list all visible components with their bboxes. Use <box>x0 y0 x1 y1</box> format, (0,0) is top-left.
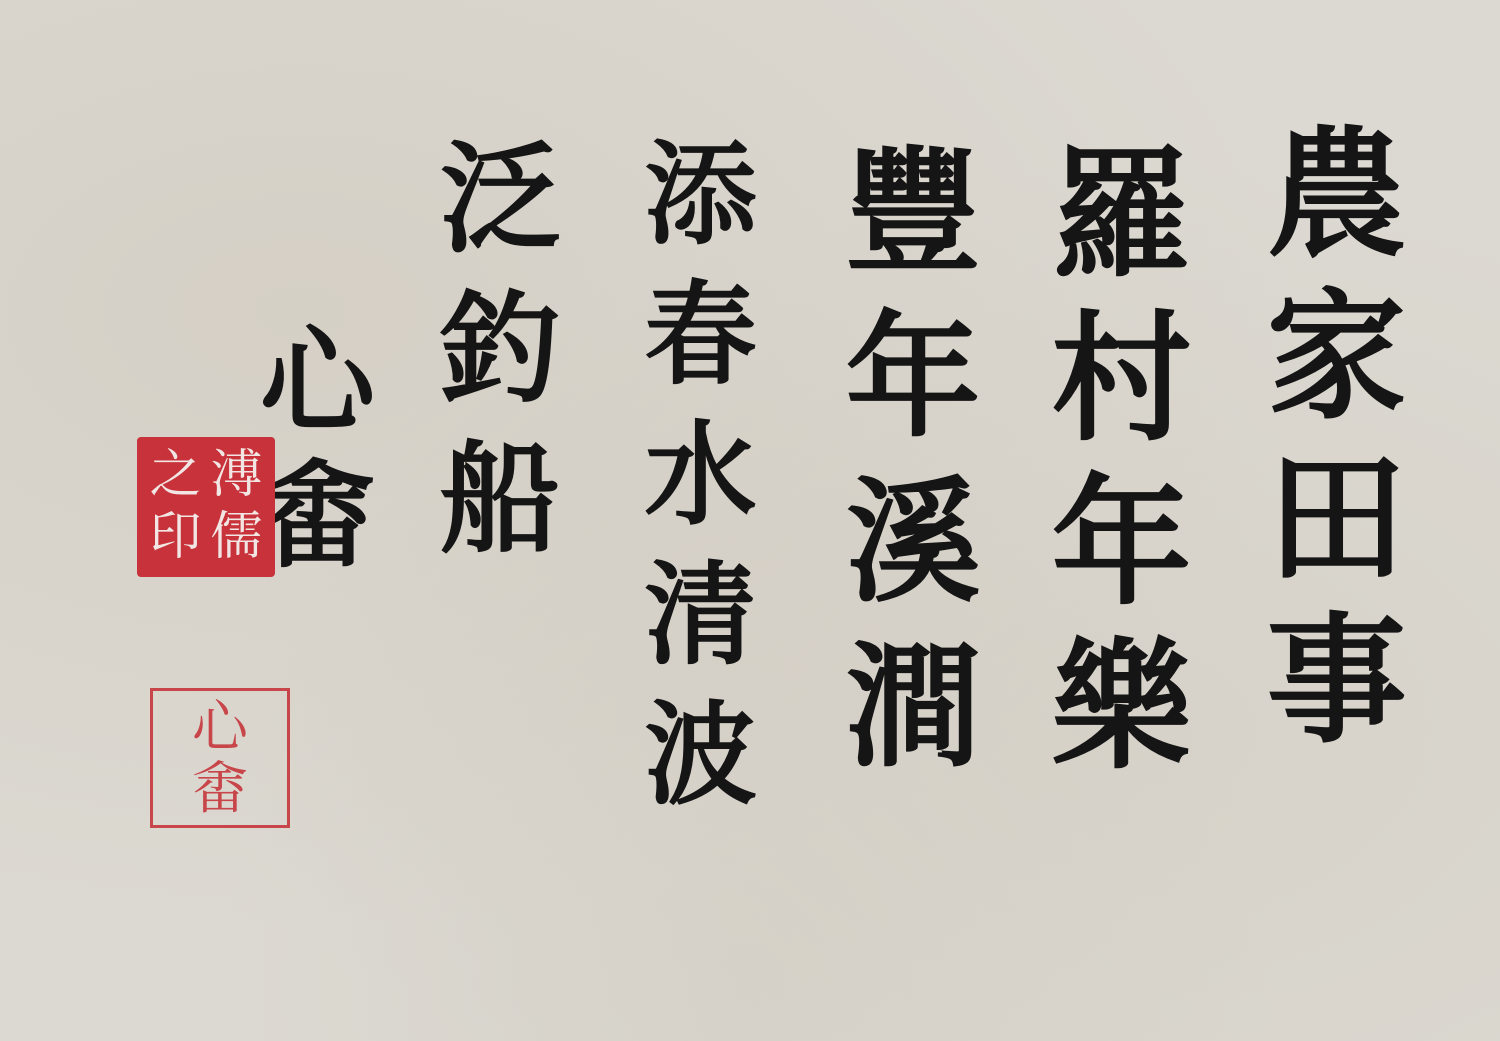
seal-char: 儒 <box>206 507 267 569</box>
calligraphy-column-3: 豐年溪澗 <box>835 140 970 800</box>
seal-red-text: 心 畬 <box>150 688 290 828</box>
calligraphy-column-2: 羅村年樂 <box>1040 140 1180 796</box>
seal-char: 畬 <box>159 759 281 821</box>
seal-char: 之 <box>145 445 206 507</box>
seal-char: 印 <box>145 507 206 569</box>
seal-white-text: 溥 儒 之 印 <box>137 437 275 577</box>
seal-char: 心 <box>159 697 281 759</box>
calligraphy-column-4: 添春水清波 <box>635 135 747 835</box>
seal-char: 溥 <box>206 445 267 507</box>
calligraphy-column-1: 農家田事 <box>1255 120 1395 768</box>
calligraphy-column-5: 泛釣船 <box>430 135 550 585</box>
